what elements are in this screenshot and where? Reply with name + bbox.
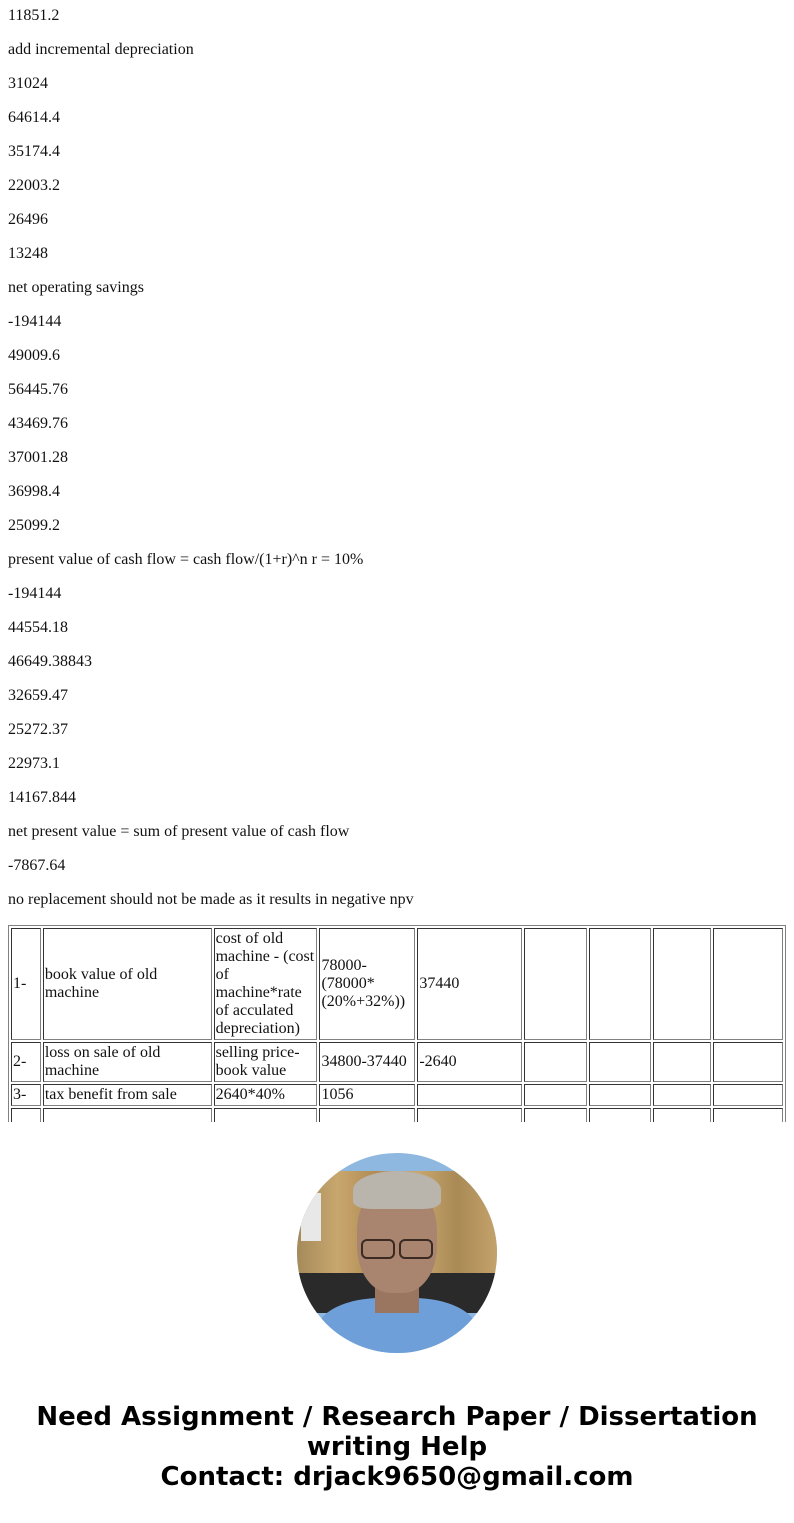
- table-cell: 2640*40%: [214, 1084, 318, 1106]
- table-cell: [653, 1042, 710, 1082]
- text-line: 46649.38843: [8, 653, 92, 671]
- table-cell: [589, 1084, 651, 1106]
- table-cell: [524, 1042, 587, 1082]
- table-cell: loss on sale of old machine: [43, 1042, 212, 1082]
- table-cell: book value of old machine: [43, 928, 212, 1040]
- wall-switch: [301, 1193, 321, 1241]
- table-cell: tax benefit from sale: [43, 1084, 212, 1106]
- text-line: 25099.2: [8, 517, 60, 535]
- table-cell: [713, 1108, 783, 1122]
- text-line: no replacement should not be made as it …: [8, 891, 414, 909]
- text-line: 22003.2: [8, 177, 60, 195]
- document-content: 11851.2 add incremental depreciation 310…: [0, 0, 794, 1122]
- table-cell: cost of old machine - (cost of machine*r…: [214, 928, 318, 1040]
- table-row: 1- book value of old machine cost of old…: [11, 928, 783, 1040]
- table-cell: [713, 928, 783, 1040]
- text-line: 37001.28: [8, 449, 68, 467]
- text-line: 26496: [8, 211, 48, 229]
- table-cell: [417, 1084, 521, 1106]
- author-photo: [297, 1153, 497, 1353]
- text-line: -194144: [8, 313, 61, 331]
- text-line: 25272.37: [8, 721, 68, 739]
- text-line: 22973.1: [8, 755, 60, 773]
- text-line: 49009.6: [8, 347, 60, 365]
- text-line: -194144: [8, 585, 61, 603]
- text-line: 13248: [8, 245, 48, 263]
- table-cell: 1-: [11, 928, 41, 1040]
- text-line: 11851.2: [8, 7, 59, 25]
- table-cell: [11, 1108, 41, 1122]
- table-cell: 2-: [11, 1042, 41, 1082]
- promo-line-2: writing Help: [0, 1432, 794, 1462]
- calculation-table: 1- book value of old machine cost of old…: [8, 925, 786, 1122]
- promo-line-1: Need Assignment / Research Paper / Disse…: [0, 1402, 794, 1432]
- table-row: 3- tax benefit from sale 2640*40% 1056: [11, 1084, 783, 1106]
- table-row: cash inflow from sale of: [11, 1108, 783, 1122]
- promo-contact: Contact: drjack9650@gmail.com: [0, 1462, 794, 1492]
- text-line: 64614.4: [8, 109, 60, 127]
- table-cell: [589, 928, 651, 1040]
- text-line: 32659.47: [8, 687, 68, 705]
- table-cell: 34800-37440: [319, 1042, 415, 1082]
- table-cell: [589, 1108, 651, 1122]
- text-line: 56445.76: [8, 381, 68, 399]
- text-line: 14167.844: [8, 789, 76, 807]
- table-cell: [589, 1042, 651, 1082]
- glasses-icon: [361, 1239, 433, 1257]
- text-line: 36998.4: [8, 483, 60, 501]
- table-cell: [653, 928, 710, 1040]
- text-line: 43469.76: [8, 415, 68, 433]
- table-cell: [653, 1084, 710, 1106]
- table-cell: [214, 1108, 318, 1122]
- text-line: net operating savings: [8, 279, 144, 297]
- table-cell: 3-: [11, 1084, 41, 1106]
- promo-banner: Need Assignment / Research Paper / Disse…: [0, 1402, 794, 1492]
- table-cell: [417, 1108, 521, 1122]
- table-cell: selling price-book value: [214, 1042, 318, 1082]
- table-cell: [524, 1084, 587, 1106]
- table-cell: [653, 1108, 710, 1122]
- table-cell: 1056: [319, 1084, 415, 1106]
- table-cell: 37440: [417, 928, 521, 1040]
- text-line: net present value = sum of present value…: [8, 823, 349, 841]
- text-line: present value of cash flow = cash flow/(…: [8, 551, 363, 569]
- table-cell: -2640: [417, 1042, 521, 1082]
- table-cell: [524, 928, 587, 1040]
- hair: [353, 1171, 441, 1209]
- text-line: add incremental depreciation: [8, 41, 194, 59]
- text-line: -7867.64: [8, 857, 65, 875]
- text-line: 44554.18: [8, 619, 68, 637]
- table-cell: cash inflow from sale of: [43, 1108, 212, 1122]
- table-cell: 78000-(78000*(20%+32%)): [319, 928, 415, 1040]
- table-row: 2- loss on sale of old machine selling p…: [11, 1042, 783, 1082]
- text-line: 35174.4: [8, 143, 60, 161]
- table-cell: [319, 1108, 415, 1122]
- table-cell: [524, 1108, 587, 1122]
- table-cell: [713, 1042, 783, 1082]
- table-cell: [713, 1084, 783, 1106]
- text-line: 31024: [8, 75, 48, 93]
